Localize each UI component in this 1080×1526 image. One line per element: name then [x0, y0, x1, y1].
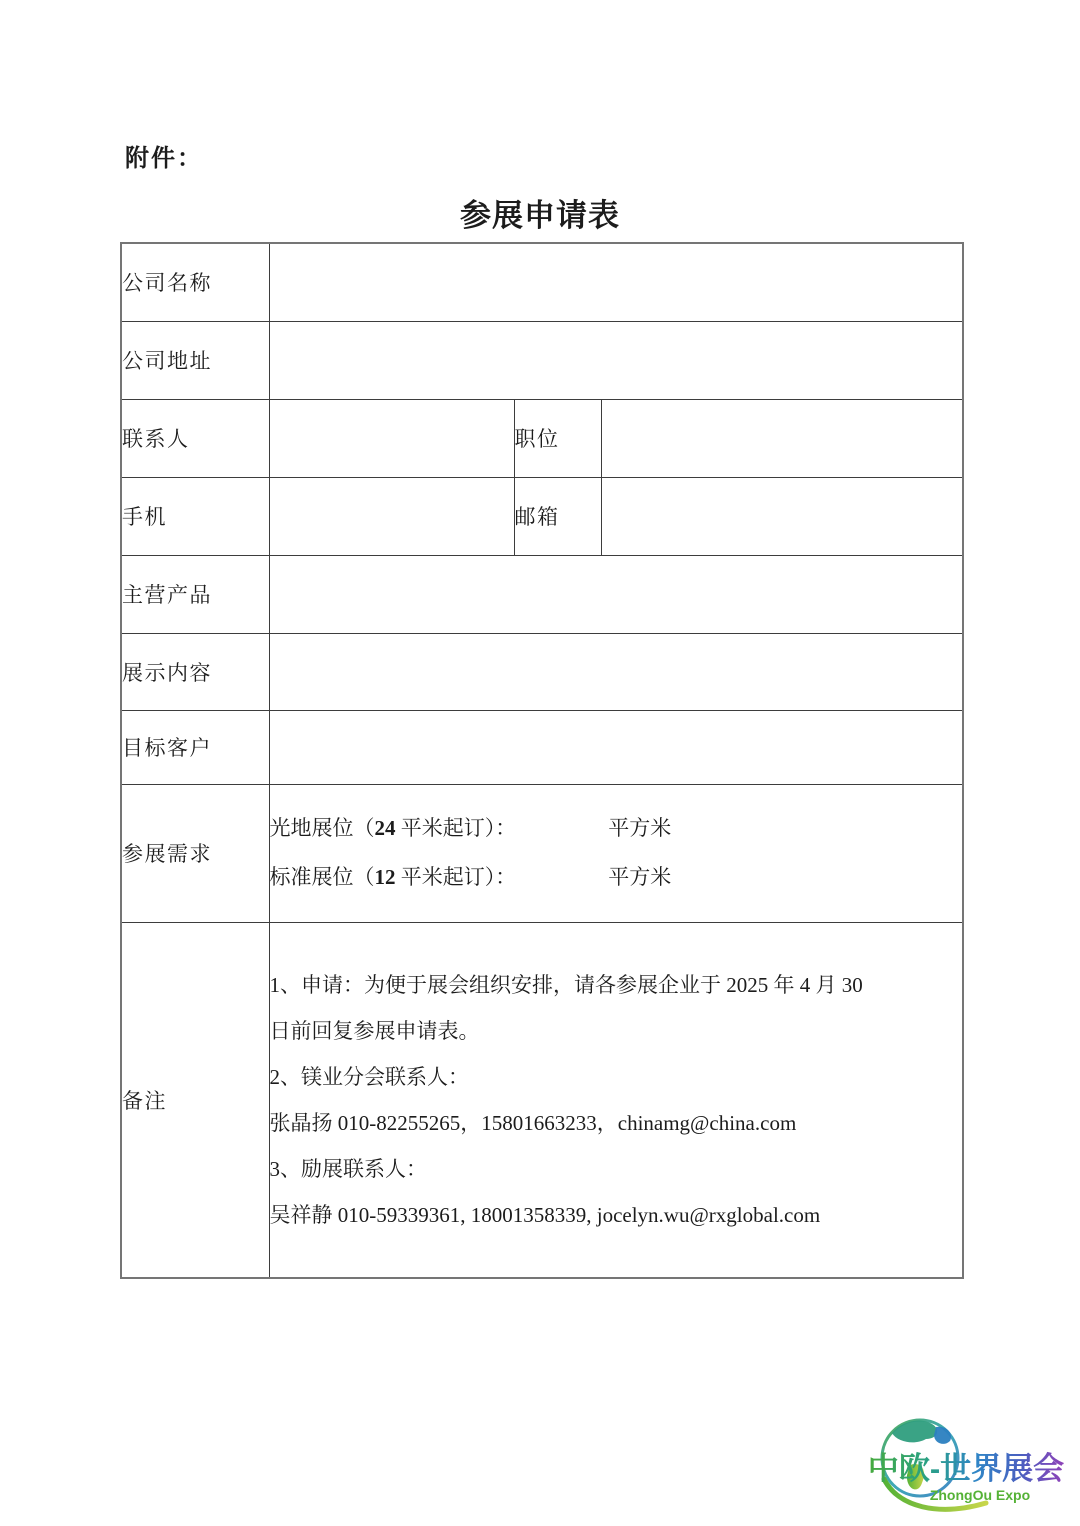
booth-standard-unit: 平方米: [608, 865, 671, 889]
application-form-table: 公司名称 公司地址 联系人 职位 手机 邮箱 主营产品 展示内容 目标客: [120, 242, 964, 1279]
booth-standard-min-sqm: 12: [375, 865, 396, 889]
field-label-main-products: 主营产品: [121, 555, 269, 633]
remark-line-rx-contact-info: 吴祥静 010-59339361, 18001358339, jocelyn.w…: [270, 1192, 963, 1238]
main-products-input-cell[interactable]: [269, 555, 963, 633]
booth-standard-suffix: 平米起订）：: [396, 865, 517, 889]
remarks-content-cell: 1、申请：为便于展会组织安排，请各参展企业于 2025 年 4 月 30 日前回…: [269, 922, 963, 1278]
company-name-input-cell[interactable]: [269, 243, 963, 321]
row-booth-requirements: 参展需求 光地展位（24 平米起订）：平方米 标准展位（12 平米起订）：平方米: [121, 784, 963, 922]
field-label-remarks: 备注: [121, 922, 269, 1278]
position-input-cell[interactable]: [601, 399, 963, 477]
row-company-name: 公司名称: [121, 243, 963, 321]
booth-option-raw-space: 光地展位（24 平米起订）：平方米: [270, 804, 963, 853]
target-customers-input-cell[interactable]: [269, 710, 963, 784]
logo-subtitle-text: ZhongOu Expo: [930, 1487, 1030, 1503]
row-main-products: 主营产品: [121, 555, 963, 633]
remark-line-application-deadline-wrap: 日前回复参展申请表。: [270, 1008, 963, 1054]
remark-line-magnesium-branch-contact-info: 张晶扬 010-82255265，15801663233，chinamg@chi…: [270, 1100, 963, 1146]
field-label-email: 邮箱: [514, 477, 601, 555]
field-label-display-content: 展示内容: [121, 633, 269, 710]
field-label-target-customers: 目标客户: [121, 710, 269, 784]
row-contact-person: 联系人 职位: [121, 399, 963, 477]
booth-option-standard: 标准展位（12 平米起订）：平方米: [270, 853, 963, 902]
logo-title-text: 中欧-世界展会: [868, 1451, 1064, 1486]
field-label-mobile: 手机: [121, 477, 269, 555]
row-display-content: 展示内容: [121, 633, 963, 710]
row-target-customers: 目标客户: [121, 710, 963, 784]
field-label-company-name: 公司名称: [121, 243, 269, 321]
remark-line-magnesium-branch-contact-heading: 2、镁业分会联系人：: [270, 1054, 963, 1100]
booth-requirements-cell[interactable]: 光地展位（24 平米起订）：平方米 标准展位（12 平米起订）：平方米: [269, 784, 963, 922]
globe-icon: 中欧-世界展会 ZhongOu Expo: [858, 1403, 1074, 1523]
display-content-input-cell[interactable]: [269, 633, 963, 710]
field-label-booth-requirements: 参展需求: [121, 784, 269, 922]
remark-line-application-deadline: 1、申请：为便于展会组织安排，请各参展企业于 2025 年 4 月 30: [270, 962, 963, 1008]
field-label-position: 职位: [514, 399, 601, 477]
remark-line-rx-contact-heading: 3、励展联系人：: [270, 1146, 963, 1192]
zhongou-expo-logo: 中欧-世界展会 ZhongOu Expo: [858, 1403, 1074, 1523]
row-remarks: 备注 1、申请：为便于展会组织安排，请各参展企业于 2025 年 4 月 30 …: [121, 922, 963, 1278]
booth-raw-space-text: 光地展位（: [270, 816, 375, 840]
contact-person-input-cell[interactable]: [269, 399, 514, 477]
company-address-input-cell[interactable]: [269, 321, 963, 399]
booth-standard-text: 标准展位（: [270, 865, 375, 889]
attachment-label: 附件：: [125, 138, 203, 173]
booth-raw-space-min-sqm: 24: [375, 816, 396, 840]
booth-raw-space-suffix: 平米起订）：: [396, 816, 517, 840]
row-mobile: 手机 邮箱: [121, 477, 963, 555]
page-title: 参展申请表: [0, 190, 1080, 235]
field-label-company-address: 公司地址: [121, 321, 269, 399]
email-input-cell[interactable]: [601, 477, 963, 555]
booth-raw-space-unit: 平方米: [608, 816, 671, 840]
field-label-contact-person: 联系人: [121, 399, 269, 477]
mobile-input-cell[interactable]: [269, 477, 514, 555]
row-company-address: 公司地址: [121, 321, 963, 399]
